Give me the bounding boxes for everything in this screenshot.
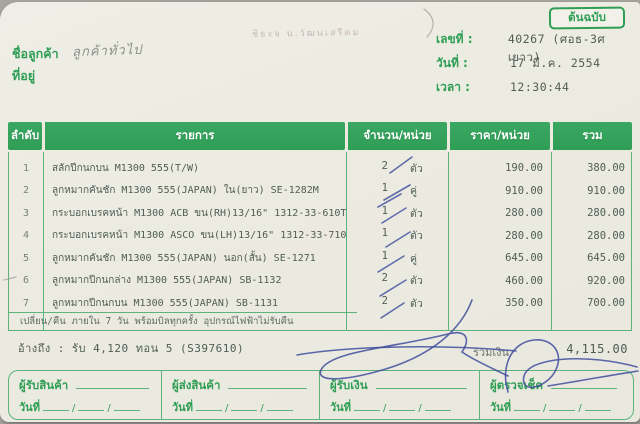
date-line bbox=[267, 401, 293, 411]
table-row: 5 ลูกหมากคันชัก M1300 555(JAPAN) นอก(สั้… bbox=[9, 247, 631, 270]
item-description: ลูกหมากคันชัก M1300 555(JAPAN) ใน(ยาว) S… bbox=[43, 183, 346, 198]
column-divider bbox=[448, 152, 449, 330]
item-unit: ตัว bbox=[410, 295, 423, 312]
item-description: สลักปีกนกบน M1300 555(T/W) bbox=[43, 161, 346, 176]
item-unit: ตัว bbox=[410, 160, 423, 177]
date-slash: / bbox=[225, 403, 228, 414]
date-slash: / bbox=[578, 403, 581, 414]
date-slash: / bbox=[543, 403, 546, 414]
doc-number-label: เลขที่ : bbox=[436, 30, 486, 49]
item-total: 645.00 bbox=[551, 252, 633, 264]
date-label: วันที่ bbox=[172, 398, 193, 416]
date-line bbox=[78, 401, 104, 411]
date-slash: / bbox=[107, 403, 110, 414]
item-description: ลูกหมากคันชัก M1300 555(JAPAN) นอก(สั้น)… bbox=[43, 251, 346, 266]
item-total: 700.00 bbox=[551, 297, 633, 309]
address-label: ที่อยู่ bbox=[12, 66, 35, 86]
item-qty: 1 bbox=[346, 250, 388, 267]
date-label: วันที่ bbox=[19, 398, 40, 416]
item-description: กระบอกเบรคหน้า M1300 ACB ขน(RH)13/16" 13… bbox=[43, 206, 346, 221]
date-line bbox=[514, 401, 540, 411]
item-unit-price: 645.00 bbox=[448, 252, 551, 264]
item-qty: 1 bbox=[346, 227, 388, 244]
item-unit: ตัว bbox=[410, 227, 423, 244]
item-unit: คู่ bbox=[410, 250, 417, 267]
date-line bbox=[114, 401, 140, 411]
column-divider bbox=[346, 152, 347, 330]
doc-time-label: เวลา : bbox=[436, 78, 488, 97]
scanned-receipt: { "doc": { "original_stamp": "ต้นฉบับ", … bbox=[0, 0, 640, 424]
items-table: ลำดับ รายการ จำนวน/หน่วย ราคา/หน่วย รวม … bbox=[8, 122, 632, 331]
item-index: 2 bbox=[9, 185, 43, 196]
date-slash: / bbox=[418, 403, 421, 414]
table-row: 6 ลูกหมากปีกนกล่าง M1300 555(JAPAN) SB-1… bbox=[9, 270, 631, 293]
item-total: 280.00 bbox=[551, 207, 633, 219]
role-label: ผู้ตรวจเช็ค bbox=[490, 377, 543, 395]
item-index: 7 bbox=[9, 298, 43, 309]
signature-footer: ผู้รับสินค้า วันที่// ผู้ส่งสินค้า วันที… bbox=[8, 370, 634, 420]
return-policy-note: เปลี่ยน/คืน ภายใน 7 วัน พร้อมบิลทุกครั้ง… bbox=[9, 312, 357, 330]
date-line bbox=[425, 401, 451, 411]
item-unit-price: 190.00 bbox=[448, 162, 551, 174]
signature-cell-checker: ผู้ตรวจเช็ค วันที่// bbox=[479, 371, 629, 420]
date-line bbox=[231, 401, 257, 411]
item-unit-price: 910.00 bbox=[448, 185, 551, 197]
doc-date-row: วันที่ : 17 มี.ค. 2554 bbox=[436, 54, 601, 73]
receipt-paper: ต้นฉบับ ชิธะจ น.วัฒนเสรีคม เลขที่ : 4026… bbox=[0, 2, 640, 422]
original-copy-stamp: ต้นฉบับ bbox=[549, 7, 625, 30]
item-description: ลูกหมากปีกนกบน M1300 555(JAPAN) SB-1131 bbox=[43, 296, 346, 311]
column-divider bbox=[43, 152, 44, 330]
item-unit: คู่ bbox=[410, 182, 417, 199]
signature-cell-goods-receiver: ผู้รับสินค้า วันที่// bbox=[9, 371, 161, 420]
date-line bbox=[389, 401, 415, 411]
faint-ink-stamp: ชิธะจ น.วัฒนเสรีคม bbox=[252, 25, 361, 41]
col-header-index: ลำดับ bbox=[8, 122, 42, 150]
col-header-total: รวม bbox=[550, 122, 632, 150]
signature-cell-goods-sender: ผู้ส่งสินค้า วันที่// bbox=[161, 371, 319, 420]
table-row: 1 สลักปีกนกบน M1300 555(T/W) 2ตัว 190.00… bbox=[9, 157, 631, 180]
item-unit-price: 280.00 bbox=[448, 207, 551, 219]
signature-line bbox=[76, 378, 149, 389]
role-label: ผู้ส่งสินค้า bbox=[172, 377, 220, 395]
item-unit: ตัว bbox=[410, 205, 423, 222]
item-qty: 2 bbox=[346, 295, 388, 312]
item-unit-price: 350.00 bbox=[448, 297, 551, 309]
table-row: 2 ลูกหมากคันชัก M1300 555(JAPAN) ใน(ยาว)… bbox=[9, 180, 631, 203]
item-qty: 2 bbox=[346, 272, 388, 289]
original-copy-label: ต้นฉบับ bbox=[568, 9, 606, 27]
role-label: ผู้รับเงิน bbox=[330, 377, 368, 395]
doc-time-row: เวลา : 12:30:44 bbox=[436, 78, 569, 97]
signature-line bbox=[376, 378, 467, 389]
table-row: 4 กระบอกเบรคหน้า M1300 ASCO ขน(LH)13/16"… bbox=[9, 225, 631, 248]
item-total: 380.00 bbox=[551, 162, 633, 174]
item-qty: 1 bbox=[346, 205, 388, 222]
payment-reference: อ้างถึง : รับ 4,120 ทอน 5 (S397610) bbox=[18, 339, 244, 357]
signature-line bbox=[228, 378, 307, 389]
customer-name-label: ชื่อลูกค้า bbox=[12, 44, 59, 64]
customer-name-handwritten: ลูกค้าทั่วไป bbox=[72, 39, 143, 62]
item-unit: ตัว bbox=[410, 272, 423, 289]
grand-total-label: รวมเงิน bbox=[473, 343, 509, 361]
item-qty: 2 bbox=[346, 160, 388, 177]
doc-date-label: วันที่ : bbox=[436, 54, 488, 73]
item-total: 920.00 bbox=[551, 275, 633, 287]
item-index: 6 bbox=[9, 275, 43, 286]
date-slash: / bbox=[72, 403, 75, 414]
date-line bbox=[585, 401, 611, 411]
date-line bbox=[549, 401, 575, 411]
date-label: วันที่ bbox=[490, 398, 511, 416]
item-total: 910.00 bbox=[551, 185, 633, 197]
item-index: 5 bbox=[9, 253, 43, 264]
signature-cell-cash-receiver: ผู้รับเงิน วันที่// bbox=[319, 371, 479, 420]
item-unit-price: 280.00 bbox=[448, 230, 551, 242]
grand-total-value: 4,115.00 bbox=[553, 342, 628, 356]
col-header-description: รายการ bbox=[42, 122, 345, 150]
date-slash: / bbox=[383, 403, 386, 414]
date-line bbox=[354, 401, 380, 411]
role-label: ผู้รับสินค้า bbox=[19, 377, 68, 395]
doc-time-value: 12:30:44 bbox=[510, 80, 569, 94]
date-line bbox=[196, 401, 222, 411]
col-header-unit-price: ราคา/หน่วย bbox=[447, 122, 550, 150]
date-slash: / bbox=[260, 403, 263, 414]
item-description: กระบอกเบรคหน้า M1300 ASCO ขน(LH)13/16" 1… bbox=[43, 228, 346, 243]
table-row: 3 กระบอกเบรคหน้า M1300 ACB ขน(RH)13/16" … bbox=[9, 202, 631, 225]
item-index: 1 bbox=[9, 163, 43, 174]
signature-line bbox=[551, 378, 617, 389]
item-index: 3 bbox=[9, 208, 43, 219]
column-divider bbox=[551, 152, 552, 330]
date-line bbox=[43, 401, 69, 411]
items-table-header: ลำดับ รายการ จำนวน/หน่วย ราคา/หน่วย รวม bbox=[8, 122, 632, 150]
col-header-qty-unit: จำนวน/หน่วย bbox=[345, 122, 447, 150]
item-total: 280.00 bbox=[551, 230, 633, 242]
item-unit-price: 460.00 bbox=[448, 275, 551, 287]
item-qty: 1 bbox=[346, 182, 388, 199]
date-label: วันที่ bbox=[330, 398, 351, 416]
item-description: ลูกหมากปีกนกล่าง M1300 555(JAPAN) SB-113… bbox=[43, 273, 346, 288]
doc-date-value: 17 มี.ค. 2554 bbox=[510, 55, 601, 73]
items-table-body: 1 สลักปีกนกบน M1300 555(T/W) 2ตัว 190.00… bbox=[8, 152, 632, 331]
item-index: 4 bbox=[9, 230, 43, 241]
